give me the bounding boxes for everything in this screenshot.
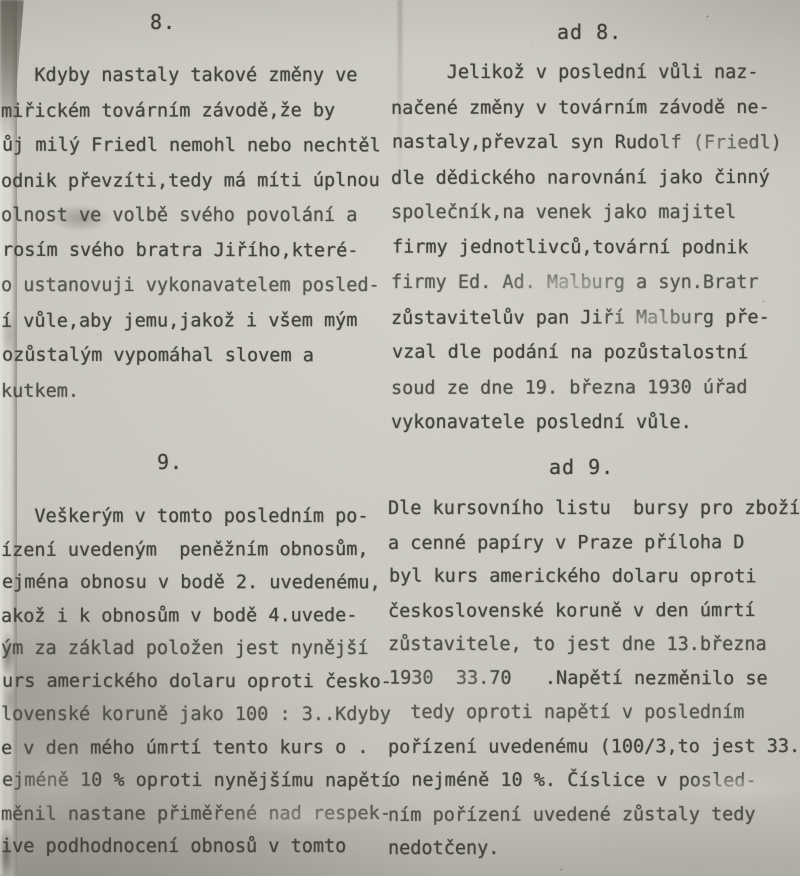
- text-line: í vůle,aby jemu,jakož i všem mým: [1, 303, 380, 339]
- text-line: zůstavitelův pan Jiří Malburg pře-: [391, 300, 781, 336]
- text-line: firmy Ed. Ad. Malburg a syn.Bratr: [391, 265, 781, 300]
- text-line: kutkem.: [1, 373, 380, 409]
- text-line: československé koruně v den úmrtí: [388, 594, 800, 629]
- text-line: byl kurs amerického dolaru oproti: [389, 560, 800, 595]
- text-line: načené změny v továrním závodě ne-: [391, 90, 781, 126]
- text-line: olnost ve volbě svého povolání a: [1, 198, 380, 233]
- text-line: rosím svého bratra Jiřího,které-: [2, 233, 381, 269]
- text-line: ozůstalým vypomáhal slovem a: [2, 338, 381, 374]
- text-line: ejména obnosu v bodě 2. uvedenému,: [2, 566, 392, 600]
- text-line: pořízení uvedenému (100/3,to jest 33.33: [388, 730, 800, 765]
- section-9-heading: 9.: [157, 450, 183, 474]
- text-line: o nejméně 10 %. Číslice v posled-: [389, 764, 800, 799]
- text-line: lovenské koruně jako 100 : 3..Kdyby: [1, 698, 391, 731]
- text-line: vzal dle podání na pozůstalostní: [392, 335, 782, 371]
- section-8-heading: 8.: [150, 10, 176, 34]
- text-line: e v den mého úmrtí tento kurs o .: [1, 731, 391, 765]
- text-line: ým za základ položen jest nynější: [1, 632, 391, 665]
- text-line: Veškerým v tomto posledním po-: [1, 500, 391, 533]
- text-line: soud ze dne 19. března 1930 úřad: [391, 370, 781, 406]
- text-line: firmy jednotlivců,tovární podnik: [392, 230, 782, 266]
- section-8-left-column: Kdyby nastaly takové změny vemiřickém to…: [1, 58, 380, 408]
- text-line: ízení uvedeným peněžním obnosům,: [1, 533, 391, 567]
- text-line: Jelikož v poslední vůli naz-: [391, 55, 781, 90]
- text-line: tedy oproti napětí v posledním: [388, 696, 800, 730]
- section-ad8-heading: ad 8.: [557, 20, 622, 44]
- text-line: vykonavatele poslední vůle.: [391, 405, 781, 440]
- text-line: měnil nastane přiměřené nad respek-: [1, 797, 391, 831]
- text-line: akož i k obnosům v bodě 4.uvede-: [1, 599, 391, 633]
- text-line: ním pořízení uvedené zůstaly tedy: [388, 798, 800, 833]
- section-9-right-column: Dle kursovního listu bursy pro zbožía ce…: [388, 492, 800, 866]
- text-line: Kdyby nastaly takové změny ve: [1, 58, 380, 93]
- text-line: miřickém továrním závodě,že by: [1, 93, 380, 129]
- text-line: společník,na venek jako majitel: [391, 195, 781, 230]
- text-line: nedotčeny.: [388, 832, 800, 866]
- text-line: 1930 33.70 .Napětí nezměnilo se: [389, 662, 800, 697]
- paper-specks: [0, 0, 3, 3]
- text-line: nastaly,převzal syn Rudolf (Friedl): [392, 125, 782, 161]
- text-line: Dle kursovního listu bursy pro zboží: [388, 492, 800, 526]
- text-line: ůj milý Friedl nemohl nebo nechtěl: [2, 128, 381, 164]
- text-line: ejméně 10 % oproti nynějšímu napětí: [2, 764, 392, 798]
- section-ad9-heading: ad 9.: [549, 455, 614, 479]
- text-line: dle dědického narovnání jako činný: [391, 160, 781, 196]
- text-line: ive podhodnocení obnosů v tomto: [1, 830, 391, 863]
- section-9-left-column: Veškerým v tomto posledním po-ízení uved…: [1, 500, 391, 863]
- text-line: o ustanovuji vykonavatelem posled-: [1, 268, 380, 303]
- text-line: urs amerického dolaru oproti česko-: [2, 665, 392, 699]
- text-line: a cenné papíry v Praze příloha D: [388, 526, 800, 561]
- section-8-right-column: Jelikož v poslední vůli naz-načené změny…: [391, 55, 781, 440]
- text-line: odnik převzíti,tedy má míti úplnou: [1, 163, 380, 199]
- scanned-document-page: 8. ad 8. Kdyby nastaly takové změny vemi…: [0, 0, 800, 876]
- text-line: zůstavitele, to jest dne 13.března: [388, 628, 800, 662]
